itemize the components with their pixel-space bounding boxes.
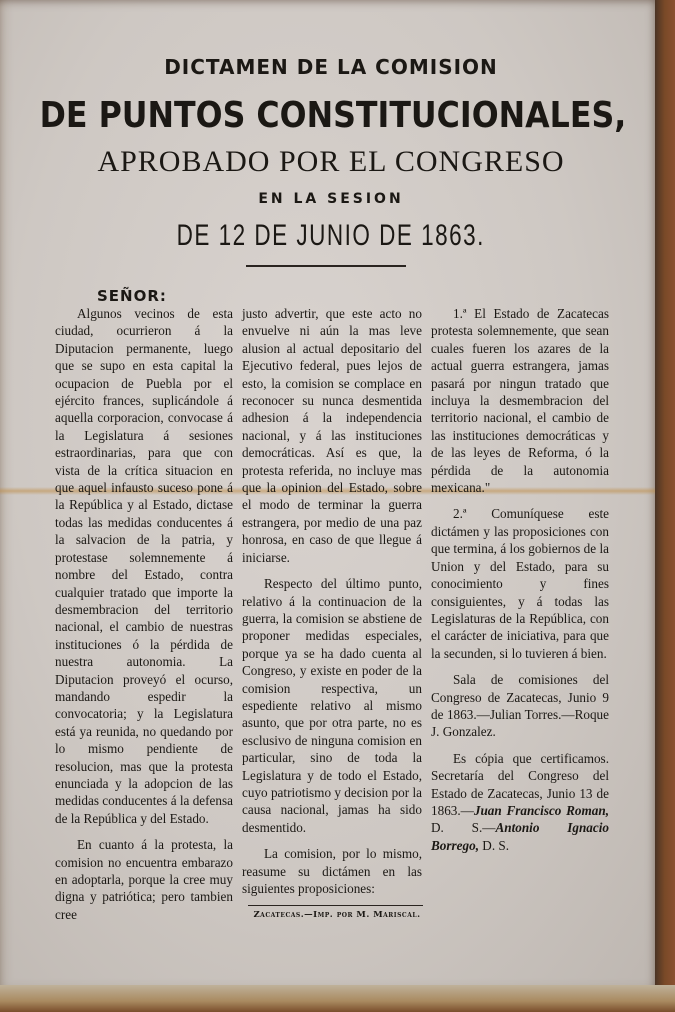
proposition-1: 1.ª El Estado de Zacatecas protesta sole… xyxy=(431,305,609,496)
signature-block-commission: Sala de comisiones del Congreso de Zacat… xyxy=(431,671,609,741)
background-edge xyxy=(655,0,675,1012)
signer-2-title: D. S. xyxy=(479,838,509,853)
column-2: justo advertir, que este acto no envuelv… xyxy=(242,305,422,906)
paragraph: La comision, por lo mismo, reasume su di… xyxy=(242,845,422,897)
paragraph: En cuanto á la protesta, la comision no … xyxy=(55,836,233,923)
document-page: DICTAMEN DE LA COMISION DE PUNTOS CONSTI… xyxy=(0,0,662,1000)
proposition-2: 2.ª Comuníquese este dictámen y las prop… xyxy=(431,505,609,662)
title-divider xyxy=(246,265,406,267)
signer-1: Juan Francisco Roman, xyxy=(474,803,609,818)
paragraph: Algunos vecinos de esta ciudad, ocurrier… xyxy=(55,305,233,827)
title-date: DE 12 DE JUNIO DE 1863. xyxy=(83,219,580,253)
title-line-3: APROBADO POR EL CONGRESO xyxy=(0,145,662,179)
column-3: 1.ª El Estado de Zacatecas protesta sole… xyxy=(431,305,609,863)
bottom-edge-stain xyxy=(0,985,675,1012)
column-1: Algunos vecinos de esta ciudad, ocurrier… xyxy=(55,305,233,932)
title-line-1: DICTAMEN DE LA COMISION xyxy=(0,55,662,79)
title-line-2: DE PUNTOS CONSTITUCIONALES, xyxy=(40,95,623,136)
printer-imprint: Zacatecas.—Imp. por M. Mariscal. xyxy=(242,910,432,920)
certification-block: Es cópia que certificamos. Secretaría de… xyxy=(431,750,609,854)
paragraph: Respecto del último punto, relativo á la… xyxy=(242,575,422,836)
paragraph: justo advertir, que este acto no envuelv… xyxy=(242,305,422,566)
title-line-4: EN LA SESION xyxy=(0,191,662,207)
footer-divider xyxy=(248,905,423,906)
signer-1-title: D. S.— xyxy=(431,820,495,835)
salutation: SEÑOR: xyxy=(97,287,167,305)
